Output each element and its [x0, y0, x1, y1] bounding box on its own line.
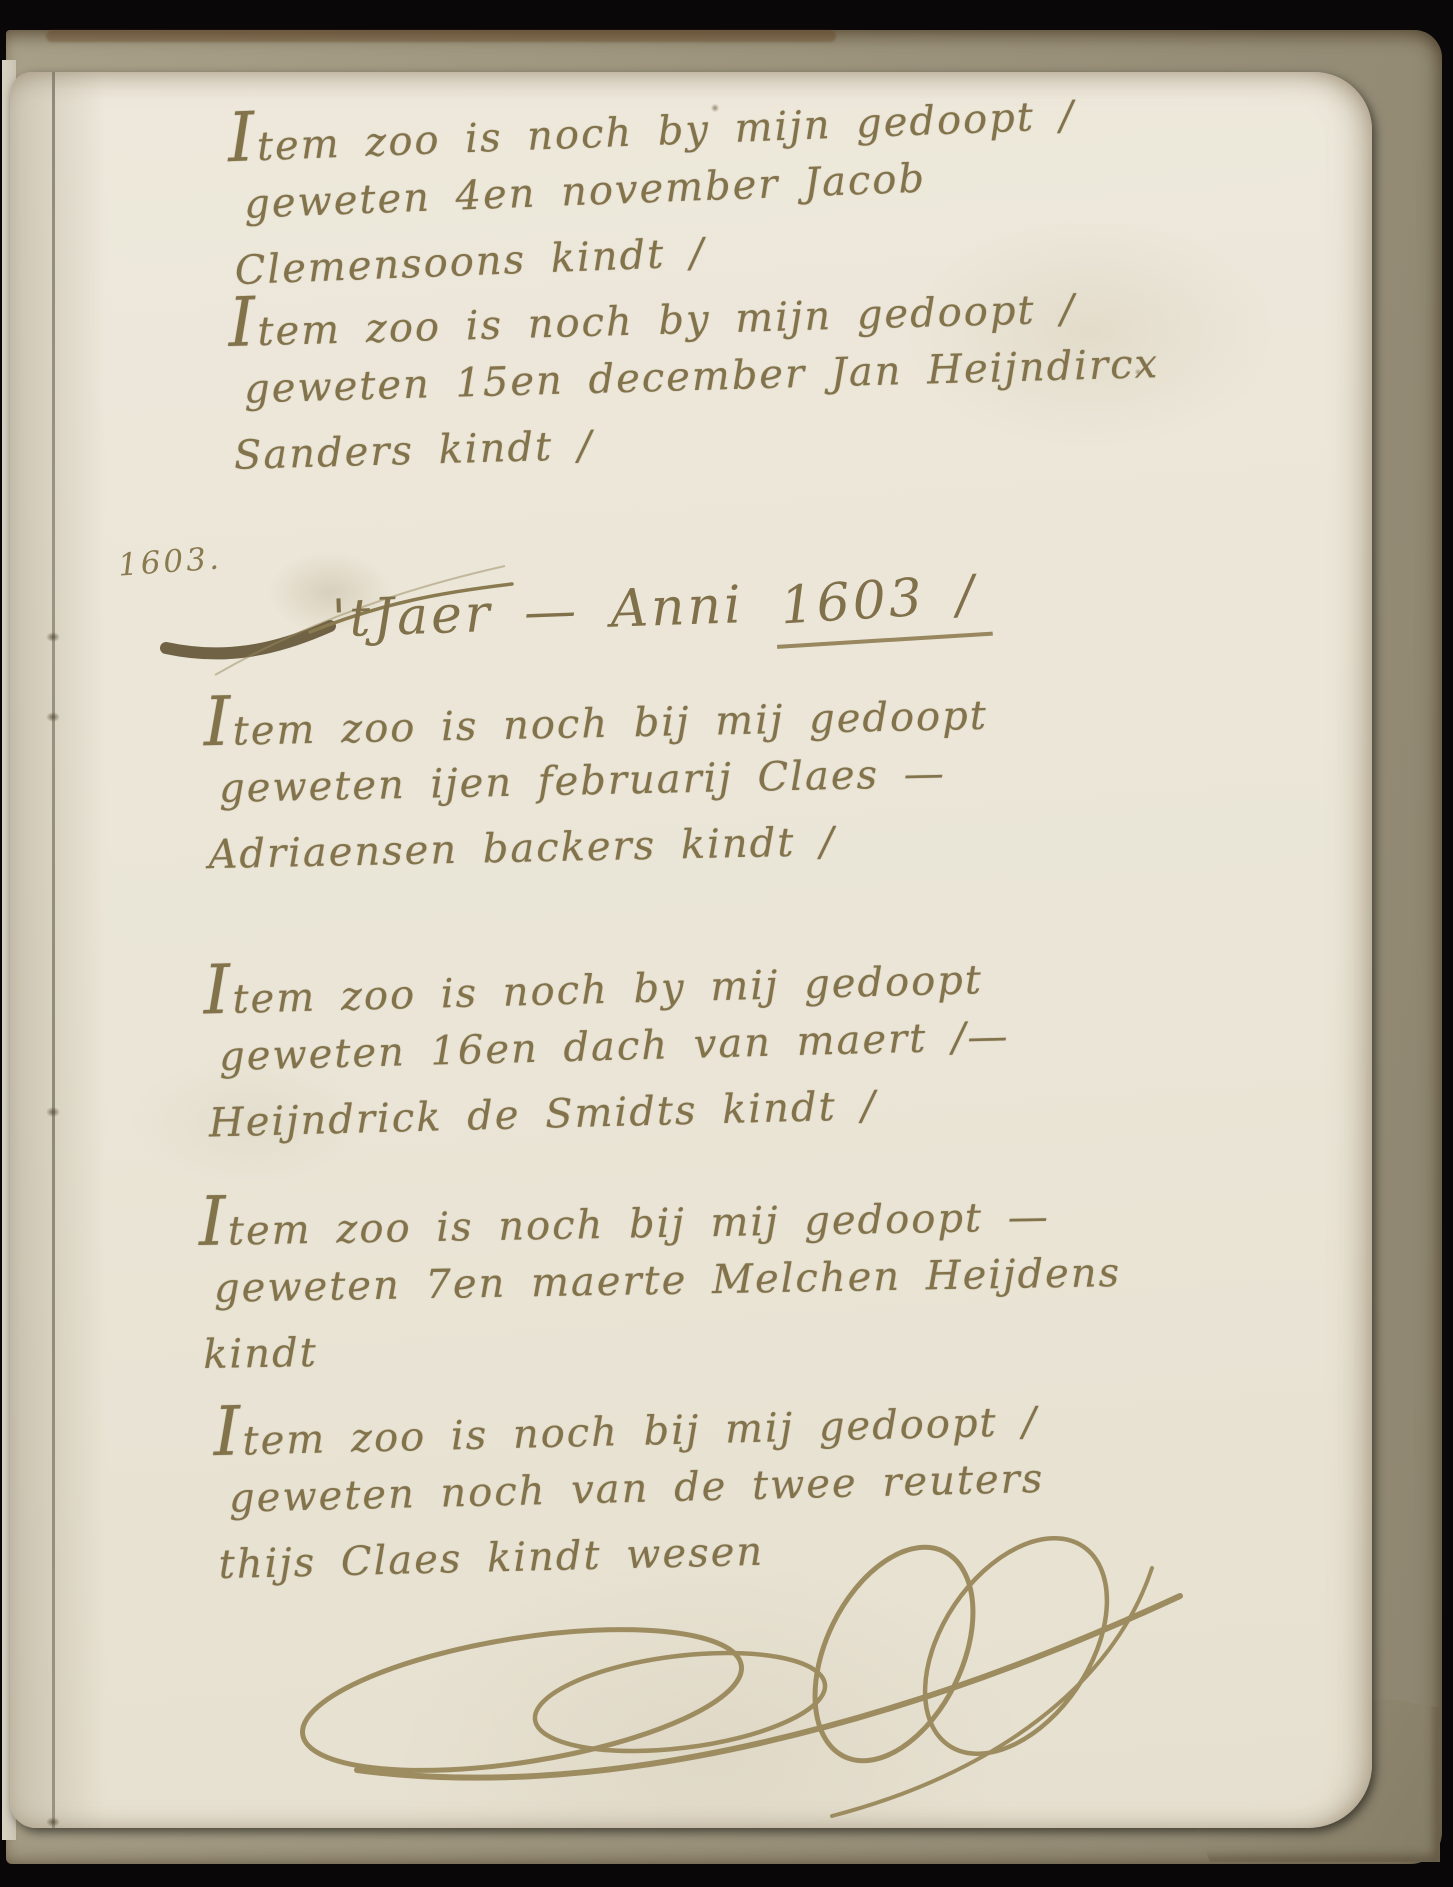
gutter-shading	[10, 72, 106, 1828]
baptism-entry: Item zoo is noch bij mij gedoopt geweten…	[203, 674, 991, 888]
stitch-mark	[46, 1817, 60, 1827]
stitch-mark	[46, 1107, 60, 1117]
stitch-mark	[46, 632, 60, 642]
baptism-entry: Item zoo is noch by mijn gedoopt / gewet…	[227, 265, 1161, 489]
gutter-fold	[52, 72, 55, 1828]
heading-year: 1603 /	[773, 564, 993, 649]
scan-background: Item zoo is noch by mijn gedoopt / gewet…	[0, 0, 1453, 1887]
baptism-entry: Item zoo is noch by mij gedoopt geweten …	[203, 938, 1012, 1157]
closing-flourish	[272, 1532, 1202, 1852]
baptism-entry: Item zoo is noch bij mij gedoopt — gewet…	[198, 1174, 1122, 1388]
baptism-entry: Item zoo is noch by mijn gedoopt / gewet…	[227, 74, 1081, 304]
manuscript-page: Item zoo is noch by mijn gedoopt / gewet…	[10, 72, 1372, 1828]
stitch-mark	[46, 712, 60, 722]
